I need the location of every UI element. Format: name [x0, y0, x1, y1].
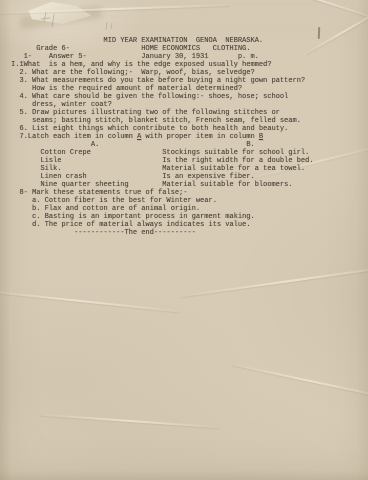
question-3-line-1: 3. What measurements do you take before …	[11, 77, 313, 85]
question-7-text: with proper item in column	[141, 133, 259, 141]
match-row: Cotton Crepe Stockings suitable for scho…	[11, 149, 313, 157]
question-6: 6. List eight things which contribute to…	[11, 125, 313, 133]
question-3-line-2: How is the required amount of material d…	[11, 85, 313, 93]
pencil-scribble	[38, 10, 64, 30]
match-row: Nine quarter sheeting Material suitable …	[11, 181, 313, 189]
ink-tick-mark	[318, 27, 320, 39]
question-4-line-1: 4. What care should be given the followi…	[11, 93, 313, 101]
match-row: Linen crash Is an expensive fiber.	[11, 173, 313, 181]
typed-text-block: MID YEAR EXAMINATION GENOA NEBRASKA. Gra…	[11, 37, 313, 237]
grade-subject-line: Grade 6- HOME ECONOMICS CLOTHING.	[11, 45, 313, 53]
crease-line	[0, 290, 180, 313]
question-7: 7.Latch each item in column A with prope…	[11, 133, 313, 141]
faint-quote-mark	[104, 20, 118, 34]
question-5-line-1: 5. Draw pictures illustrating two of the…	[11, 109, 313, 117]
true-false-item-d: d. The price of material always indicate…	[11, 221, 313, 229]
crease-line	[40, 414, 220, 429]
crease-line	[232, 363, 368, 398]
crease-line	[238, 0, 368, 21]
answer-date-line: 1- Answer 5- January 30, 1931 p. m.	[11, 53, 313, 61]
exam-title: MID YEAR EXAMINATION GENOA NEBRASKA.	[11, 37, 313, 45]
true-false-item-b: b. Flax and cotton are of animal origin.	[11, 205, 313, 213]
crease-line	[181, 265, 368, 298]
question-2: 2. What are the following;- Warp, woof, …	[11, 69, 313, 77]
the-end-line: ------------The end----------	[11, 229, 313, 237]
question-7-text: 7.Latch each item in column	[11, 133, 137, 141]
crease-line	[306, 8, 368, 55]
question-8: 8- Mark these statements true of false;-	[11, 189, 313, 197]
question-5-line-2: seams; basting stitch, blanket stitch, F…	[11, 117, 313, 125]
matching-columns-header: A. B.	[11, 141, 313, 149]
match-row: Silk. Material suitable for a tea towel.	[11, 165, 313, 173]
true-false-item-c: c. Basting is an important process in ga…	[11, 213, 313, 221]
question-4-line-2: dress, winter coat?	[11, 101, 313, 109]
question-1: I.1What is a hem, and why is the edge ex…	[11, 61, 313, 69]
scanned-exam-paper: MID YEAR EXAMINATION GENOA NEBRASKA. Gra…	[0, 0, 368, 480]
match-row: Lisle Is the right width for a double be…	[11, 157, 313, 165]
true-false-item-a: a. Cotton fiber is the best for Winter w…	[11, 197, 313, 205]
column-b-ref: B	[259, 133, 263, 141]
